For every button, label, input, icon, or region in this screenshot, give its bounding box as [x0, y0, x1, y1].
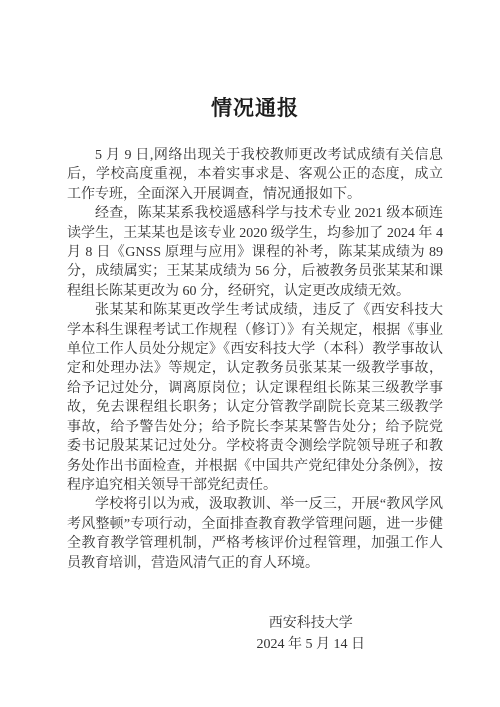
- signature-block: 西安科技大学 2024 年 5 月 14 日: [67, 613, 443, 655]
- document-page: 情况通报 5 月 9 日,网络出现关于我校教师更改考试成绩有关信息后，学校高度重…: [0, 0, 500, 707]
- page-title: 情况通报: [67, 95, 443, 122]
- document-body: 5 月 9 日,网络出现关于我校教师更改考试成绩有关信息后，学校高度重视，本着实…: [67, 146, 443, 573]
- paragraph-penalties: 张某某和陈某更改学生考试成绩，违反了《西安科技大学本科生课程考试工作规程（修订）…: [67, 301, 443, 495]
- signature-org: 西安科技大学: [257, 613, 366, 634]
- signature-date: 2024 年 5 月 14 日: [257, 634, 366, 655]
- paragraph-measures: 学校将引以为戒，汲取教训、举一反三，开展“教风学风考风整顿”专项行动，全面排查教…: [67, 495, 443, 573]
- signature-inner: 西安科技大学 2024 年 5 月 14 日: [257, 613, 366, 655]
- paragraph-findings: 经查，陈某某系我校遥感科学与技术专业 2021 级本硕连读学生，王某某也是该专业…: [67, 204, 443, 301]
- paragraph-intro: 5 月 9 日,网络出现关于我校教师更改考试成绩有关信息后，学校高度重视，本着实…: [67, 146, 443, 204]
